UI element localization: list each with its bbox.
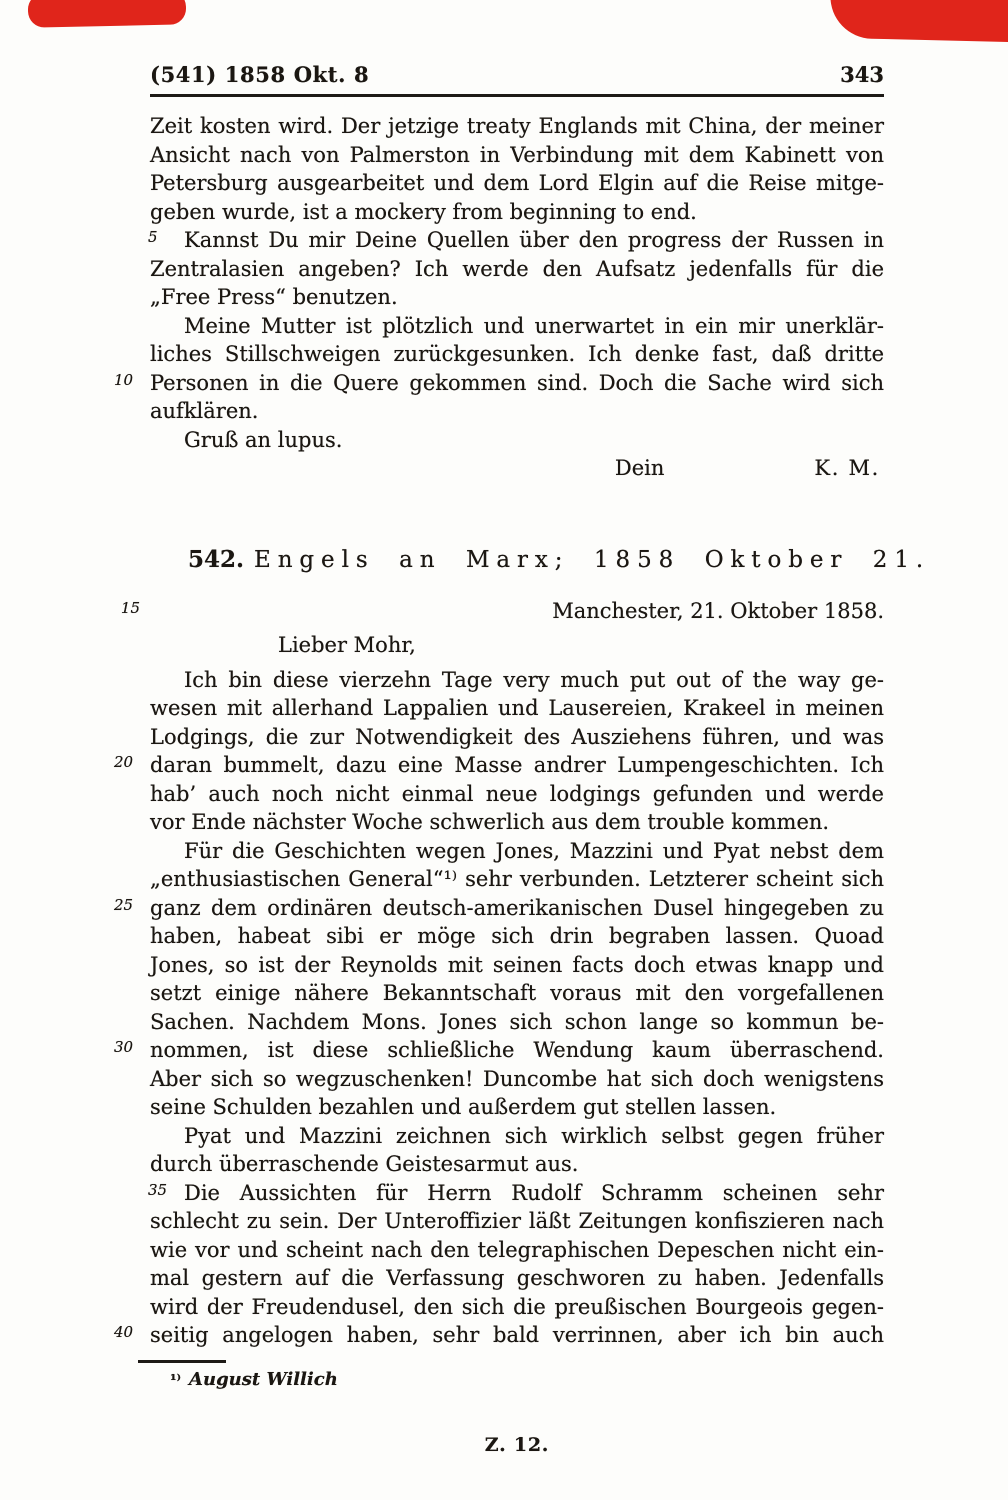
line-text: Ansicht nach von Palmerston in Verbindun… xyxy=(150,143,884,167)
text-line: hab’ auch noch nicht einmal neue lodging… xyxy=(150,780,884,809)
text-line: geben wurde, ist a mockery from beginnin… xyxy=(150,198,884,227)
line-text: Kannst Du mir Deine Quellen über den pro… xyxy=(184,228,884,252)
text-line: 20daran bummelt, dazu eine Masse andrer … xyxy=(150,751,884,780)
text-line: Sachen. Nachdem Mons. Jones sich schon l… xyxy=(150,1008,884,1037)
text-line: Lodgings, die zur Notwendigkeit des Ausz… xyxy=(150,723,884,752)
line-text: geben wurde, ist a mockery from beginnin… xyxy=(150,200,697,224)
text-line: mal gestern auf die Verfassung geschwore… xyxy=(150,1264,884,1293)
footnote-marker: ¹⁾ xyxy=(170,1371,181,1389)
letter-541-ending: Zeit kosten wird. Der jetzige treaty Eng… xyxy=(150,112,884,483)
header-rule xyxy=(150,94,884,97)
text-line: „enthusiastischen General“¹⁾ sehr verbun… xyxy=(150,865,884,894)
footnote: ¹⁾August Willich xyxy=(170,1369,884,1390)
text-line: 25ganz dem ordinären deutsch-amerikanisc… xyxy=(150,894,884,923)
text-line: 30nommen, ist diese schließliche Wendung… xyxy=(150,1036,884,1065)
page-number: 343 xyxy=(840,62,884,87)
line-text: Zentralasien angeben? Ich werde den Aufs… xyxy=(150,257,884,281)
text-line: Meine Mutter ist plötzlich und unerwarte… xyxy=(150,312,884,341)
letter-542-heading: 542.Engels an Marx; 1858 Oktober 21. xyxy=(188,545,884,575)
line-text: wesen mit allerhand Lappalien und Lauser… xyxy=(150,696,884,720)
line-text: Personen in die Quere gekommen sind. Doc… xyxy=(150,371,884,395)
margin-line-number: 25 xyxy=(114,898,140,913)
line-text: Aber sich so wegzuschenken! Duncombe hat… xyxy=(150,1067,884,1091)
text-line: „Free Press“ benutzen. xyxy=(150,283,884,312)
line-text: Lodgings, die zur Notwendigkeit des Ausz… xyxy=(150,725,884,749)
line-text: haben, habeat sibi er möge sich drin beg… xyxy=(150,924,884,948)
line-text: Meine Mutter ist plötzlich und unerwarte… xyxy=(184,314,884,338)
line-text: Jones, so ist der Reynolds mit seinen fa… xyxy=(150,953,884,977)
text-line: Ich bin diese vierzehn Tage very much pu… xyxy=(150,666,884,695)
footnote-text: August Willich xyxy=(189,1369,338,1390)
text-line: aufklären. xyxy=(150,397,884,426)
margin-line-number: 15 xyxy=(114,601,140,616)
letter-542-body: Ich bin diese vierzehn Tage very much pu… xyxy=(150,666,884,1350)
margin-line-number: 5 xyxy=(114,230,140,245)
line-text: daran bummelt, dazu eine Masse andrer Lu… xyxy=(150,753,884,777)
text-line: Pyat und Mazzini zeichnen sich wirklich … xyxy=(150,1122,884,1151)
margin-line-number: 40 xyxy=(114,1325,140,1340)
text-line: Jones, so ist der Reynolds mit seinen fa… xyxy=(150,951,884,980)
text-line: seine Schulden bezahlen und außerdem gut… xyxy=(150,1093,884,1122)
line-text: Zeit kosten wird. Der jetzige treaty Eng… xyxy=(150,114,884,138)
dateline-text: Manchester, 21. Oktober 1858. xyxy=(552,599,884,623)
letter-title: Engels an Marx; 1858 Oktober 21. xyxy=(254,547,930,573)
red-ink-mark-top-left xyxy=(28,0,187,28)
line-text: Für die Geschichten wegen Jones, Mazzini… xyxy=(184,839,884,863)
margin-line-number: 20 xyxy=(114,755,140,770)
line-text: seine Schulden bezahlen und außerdem gut… xyxy=(150,1095,776,1119)
line-text: setzt einige nähere Bekanntschaft voraus… xyxy=(150,981,884,1005)
text-line: Zentralasien angeben? Ich werde den Aufs… xyxy=(150,255,884,284)
line-text: Die Aussichten für Herrn Rudolf Schramm … xyxy=(184,1181,884,1205)
line-text: seitig angelogen haben, sehr bald verrin… xyxy=(150,1323,884,1347)
header-chapter-date: (541) 1858 Okt. 8 xyxy=(150,62,369,87)
footnote-rule xyxy=(138,1360,226,1363)
signature-initials: K. M. xyxy=(814,454,880,483)
line-text: Gruß an lupus. xyxy=(184,428,342,452)
text-line: setzt einige nähere Bekanntschaft voraus… xyxy=(150,979,884,1008)
text-line: durch überraschende Geistesarmut aus. xyxy=(150,1150,884,1179)
signature-row: Dein K. M. xyxy=(150,454,884,483)
line-text: „Free Press“ benutzen. xyxy=(150,285,398,309)
text-line: haben, habeat sibi er möge sich drin beg… xyxy=(150,922,884,951)
line-text: Sachen. Nachdem Mons. Jones sich schon l… xyxy=(150,1010,884,1034)
text-line: Aber sich so wegzuschenken! Duncombe hat… xyxy=(150,1065,884,1094)
page-footer: Z. 12. xyxy=(150,1434,884,1456)
margin-line-number: 30 xyxy=(114,1040,140,1055)
line-text: Petersburg ausgearbeitet und dem Lord El… xyxy=(150,171,884,195)
text-line: Gruß an lupus. xyxy=(150,426,884,455)
line-text: Ich bin diese vierzehn Tage very much pu… xyxy=(184,668,884,692)
salutation: Lieber Mohr, xyxy=(278,631,884,660)
line-text: aufklären. xyxy=(150,399,258,423)
text-line: vor Ende nächster Woche schwerlich aus d… xyxy=(150,808,884,837)
signature-dein: Dein xyxy=(615,454,665,483)
dateline: 15 Manchester, 21. Oktober 1858. xyxy=(150,597,884,626)
scanned-book-page: { "page": { "red": "#e0251b", "ink": "#1… xyxy=(0,0,1008,1500)
line-text: wird der Freudendusel, den sich die preu… xyxy=(150,1295,884,1319)
line-text: schlecht zu sein. Der Unteroffizier läßt… xyxy=(150,1209,884,1233)
text-line: schlecht zu sein. Der Unteroffizier läßt… xyxy=(150,1207,884,1236)
margin-line-number: 35 xyxy=(114,1183,140,1198)
letter-number: 542. xyxy=(188,546,244,573)
line-text: ganz dem ordinären deutsch-amerikanische… xyxy=(150,896,884,920)
line-text: vor Ende nächster Woche schwerlich aus d… xyxy=(150,810,829,834)
line-text: durch überraschende Geistesarmut aus. xyxy=(150,1152,578,1176)
red-ink-mark-top-right xyxy=(829,0,1008,42)
text-line: 40seitig angelogen haben, sehr bald verr… xyxy=(150,1321,884,1350)
text-line: Petersburg ausgearbeitet und dem Lord El… xyxy=(150,169,884,198)
margin-line-number: 10 xyxy=(114,373,140,388)
text-line: 5Kannst Du mir Deine Quellen über den pr… xyxy=(150,226,884,255)
text-line: liches Stillschweigen zurückgesunken. Ic… xyxy=(150,340,884,369)
line-text: Pyat und Mazzini zeichnen sich wirklich … xyxy=(184,1124,884,1148)
text-line: 35Die Aussichten für Herrn Rudolf Schram… xyxy=(150,1179,884,1208)
text-line: Zeit kosten wird. Der jetzige treaty Eng… xyxy=(150,112,884,141)
text-line: 10Personen in die Quere gekommen sind. D… xyxy=(150,369,884,398)
line-text: wie vor und scheint nach den telegraphis… xyxy=(150,1238,884,1262)
line-text: hab’ auch noch nicht einmal neue lodging… xyxy=(150,782,884,806)
running-header: (541) 1858 Okt. 8 343 xyxy=(150,62,884,87)
page-content: (541) 1858 Okt. 8 343 Zeit kosten wird. … xyxy=(150,62,884,1390)
text-line: Ansicht nach von Palmerston in Verbindun… xyxy=(150,141,884,170)
text-line: wird der Freudendusel, den sich die preu… xyxy=(150,1293,884,1322)
line-text: liches Stillschweigen zurückgesunken. Ic… xyxy=(150,342,884,366)
text-line: wesen mit allerhand Lappalien und Lauser… xyxy=(150,694,884,723)
line-text: nommen, ist diese schließliche Wendung k… xyxy=(150,1038,884,1062)
line-text: mal gestern auf die Verfassung geschwore… xyxy=(150,1266,884,1290)
text-line: Für die Geschichten wegen Jones, Mazzini… xyxy=(150,837,884,866)
text-line: wie vor und scheint nach den telegraphis… xyxy=(150,1236,884,1265)
line-text: „enthusiastischen General“¹⁾ sehr verbun… xyxy=(150,867,884,891)
